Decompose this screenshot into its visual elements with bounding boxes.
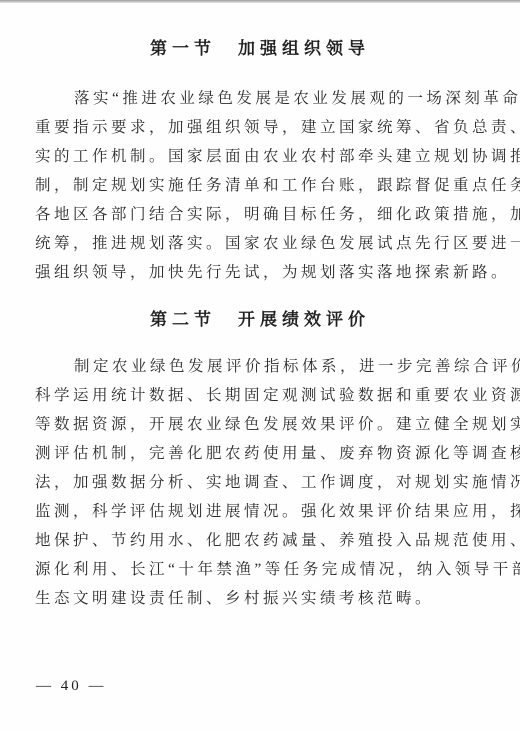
page-number: — 40 — (36, 678, 107, 695)
paragraph-line: 统筹，推进规划落实。国家农业绿色发展试点先行区要进一步加 (35, 229, 487, 258)
paragraph-line: 测评估机制，完善化肥农药使用量、废弃物资源化等调查核算方 (35, 439, 487, 468)
paragraph-line: 强组织领导，加快先行先试，为规划落实落地探索新路。 (35, 258, 487, 287)
section-2-paragraph: 制定农业绿色发展评价指标体系，进一步完善综合评价方法， 科学运用统计数据、长期固… (35, 352, 487, 613)
paragraph-line: 制，制定规划实施任务清单和工作台账，跟踪督促重点任务落实。 (35, 171, 487, 200)
paragraph-line: 法，加强数据分析、实地调查、工作调度，对规划实施情况进行跟踪 (35, 468, 487, 497)
paragraph-line: 落实“推进农业绿色发展是农业发展观的一场深刻革命”的 (35, 84, 487, 113)
document-page: 第一节 加强组织领导 落实“推进农业绿色发展是农业发展观的一场深刻革命”的 重要… (0, 0, 520, 731)
section-1-heading: 第一节 加强组织领导 (0, 38, 520, 60)
scan-top-edge (0, 0, 520, 3)
paragraph-line: 科学运用统计数据、长期固定观测试验数据和重要农业资源台账 (35, 381, 487, 410)
paragraph-line: 制定农业绿色发展评价指标体系，进一步完善综合评价方法， (35, 352, 487, 381)
paragraph-line: 源化利用、长江“十年禁渔”等任务完成情况，纳入领导干部任期 (35, 555, 487, 584)
paragraph-line: 监测，科学评估规划进展情况。强化效果评价结果应用，探索将耕 (35, 497, 487, 526)
section-2-heading: 第二节 开展绩效评价 (0, 309, 520, 331)
paragraph-line: 各地区各部门结合实际，明确目标任务，细化政策措施，加强资金 (35, 200, 487, 229)
paragraph-line: 等数据资源，开展农业绿色发展效果评价。建立健全规划实施监 (35, 410, 487, 439)
section-1-paragraph: 落实“推进农业绿色发展是农业发展观的一场深刻革命”的 重要指示要求，加强组织领导… (35, 84, 487, 287)
paragraph-line: 实的工作机制。国家层面由农业农村部牵头建立规划协调推进机 (35, 142, 487, 171)
paragraph-line: 生态文明建设责任制、乡村振兴实绩考核范畴。 (35, 584, 487, 613)
paragraph-line: 重要指示要求，加强组织领导，建立国家统筹、省负总责、市县抓落 (35, 113, 487, 142)
paragraph-line: 地保护、节约用水、化肥农药减量、养殖投入品规范使用、废弃物资 (35, 526, 487, 555)
